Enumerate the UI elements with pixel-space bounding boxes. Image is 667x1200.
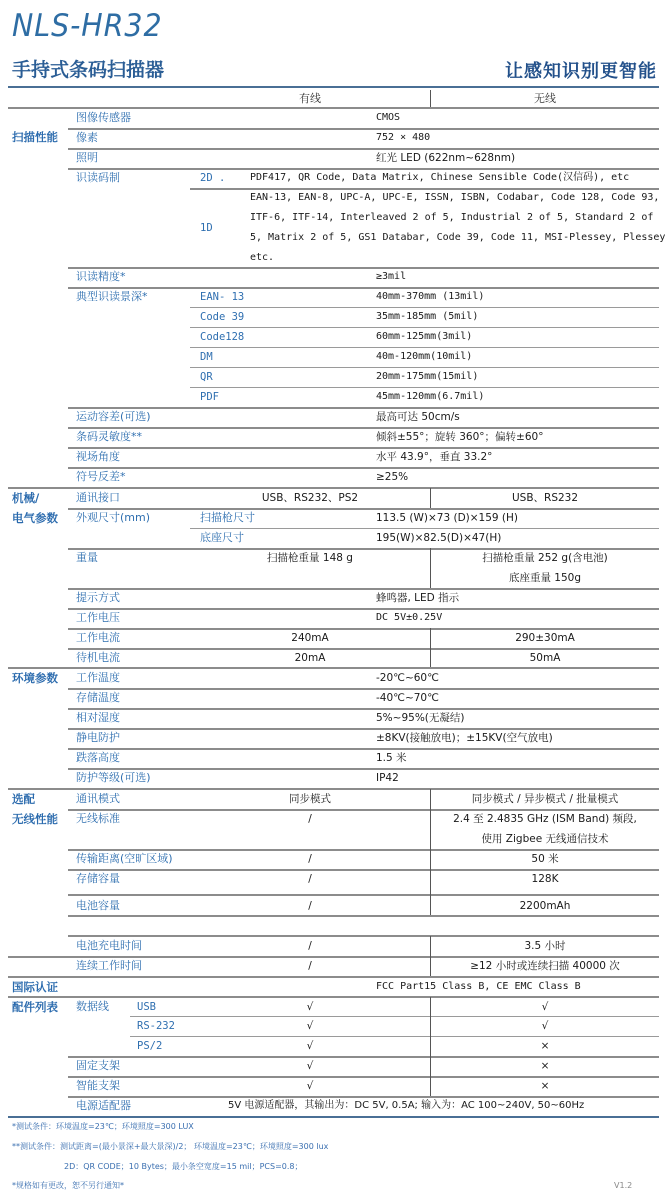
row-rule [68,407,659,409]
value-runtime-wired: / [190,956,430,976]
dof-code: QR [200,367,213,387]
row-rule [68,128,659,130]
category-accessories: 配件列表 [12,997,58,1017]
value-standby-wired: 20mA [190,648,430,668]
footnote-3: 2D：QR CODE；10 Bytes；最小条空宽度=15 mil；PCS=0.… [64,1161,303,1172]
value-contrast: ≥25% [376,467,408,487]
footnote-1: *测试条件：环境温度=23℃；环境照度=300 LUX [12,1121,194,1132]
value-pixels: 752 × 480 [376,128,430,148]
label-cables: 数据线 [76,997,109,1017]
value-sensor: CMOS [376,108,400,128]
label-sensor: 图像传感器 [76,108,131,128]
dof-code: Code 39 [200,307,244,327]
table-bottom-rule [8,1116,659,1118]
label-adapter: 电源适配器 [76,1096,131,1116]
value-1d-line: EAN-13, EAN-8, UPC-A, UPC-E, ISSN, ISBN,… [250,188,659,208]
value-standby-wireless: 50mA [431,648,659,668]
label-env: 工作温度 [76,668,120,688]
value-distance-wireless: 50 米 [431,849,659,869]
value-current-wireless: 290±30mA [431,628,659,648]
row-rule [68,267,659,269]
label-indication: 提示方式 [76,588,120,608]
value-weight-wireless-base: 底座重量 150g [431,568,659,588]
value-standard-wired: / [190,809,430,829]
column-divider [430,789,431,915]
value-base-size: 195(W)×82.5(D)×47(H) [376,528,501,548]
label-contrast: 符号反差* [76,467,126,487]
value-fov: 水平 43.9°，垂直 33.2° [376,447,492,467]
cable-wired: √ [190,1016,430,1036]
value-standard-wireless-line1: 2.4 至 2.4835 GHz (ISM Band) 频段, [431,809,659,829]
value-battery-wired: / [190,896,430,916]
label-fov: 视场角度 [76,447,120,467]
label-gun-size: 扫描枪尺寸 [200,508,255,528]
row-rule [68,447,659,449]
column-divider [430,997,431,1096]
label-dimensions: 外观尺寸(mm) [76,508,150,528]
label-env: 跌落高度 [76,748,120,768]
value-env: ±8KV(接触放电)；±15KV(空气放电) [376,728,553,748]
value-env: -20℃~60℃ [376,668,439,688]
label-precision: 识读精度* [76,267,126,287]
cable-wired: √ [190,997,430,1017]
label-distance: 传输距离(空旷区域) [76,849,173,869]
label-illumination: 照明 [76,148,98,168]
value-current-wired: 240mA [190,628,430,648]
value-mode-wireless: 同步模式 / 异步模式 / 批量模式 [431,789,659,809]
version-label: V1.2 [614,1181,632,1190]
cable-wireless: √ [431,1016,659,1036]
value-adapter: 5V 电源适配器，其输出为：DC 5V, 0.5A; 输入为：AC 100~24… [228,1096,584,1116]
value-precision: ≥3mil [376,267,406,287]
category-wireless-line2: 无线性能 [12,809,58,829]
row-rule [68,508,659,510]
label-env: 存储温度 [76,688,120,708]
dof-code: PDF [200,387,219,407]
row-rule [68,148,659,150]
value-weight-wired: 扫描枪重量 148 g [190,548,430,568]
category-env: 环境参数 [12,668,58,688]
dof-value: 40mm-370mm (13mil) [376,287,484,307]
cable-wireless: × [431,1036,659,1056]
cable-wired: √ [190,1036,430,1056]
row-rule [68,467,659,469]
label-battery: 电池容量 [76,896,120,916]
label-current: 工作电流 [76,628,120,648]
value-standard-wireless-line2: 使用 Zigbee 无线通信技术 [431,829,659,849]
value-1d-line: ITF-6, ITF-14, Interleaved 2 of 5, Indus… [250,208,653,228]
dof-code: DM [200,347,213,367]
column-header-wireless: 无线 [431,88,659,108]
value-mode-wired: 同步模式 [190,789,430,809]
category-mech-line1: 机械/ [12,488,39,508]
dof-code: Code128 [200,327,244,347]
value-storage-wireless: 128K [431,869,659,889]
row-rule [68,915,659,917]
footnote-4: *规格如有更改，恕不另行通知* [12,1180,124,1191]
value-env: 1.5 米 [376,748,407,768]
row-rule [68,287,659,289]
slogan: 让感知识别更智能 [505,57,657,83]
value-weight-wireless-gun: 扫描枪重量 252 g(含电池) [431,548,659,568]
row-rule [68,728,659,730]
label-symbologies: 识读码制 [76,168,120,188]
value-1d-line: etc. [250,248,274,268]
category-mech-line2: 电气参数 [12,508,58,528]
label-env: 静电防护 [76,728,120,748]
fixed-stand-wired: √ [190,1056,430,1076]
value-illumination: 红光 LED (622nm~628nm) [376,148,515,168]
value-env: IP42 [376,768,399,788]
column-divider [430,936,431,976]
label-pixels: 像素 [76,128,98,148]
label-env: 防护等级(可选) [76,768,151,788]
category-wireless-line1: 选配 [12,789,35,809]
label-interface: 通讯接口 [76,488,120,508]
row-rule [68,768,659,770]
smart-stand-wired: √ [190,1076,430,1096]
value-interface-wired: USB、RS232、PS2 [190,488,430,508]
value-charge-wired: / [190,936,430,956]
row-rule [68,708,659,710]
dof-code: EAN- 13 [200,287,244,307]
cable-type: PS/2 [137,1036,162,1056]
column-divider [430,548,431,588]
value-1d-line: 5, Matrix 2 of 5, GS1 Databar, Code 39, … [250,228,667,248]
value-gun-size: 113.5 (W)×73 (D)×159 (H) [376,508,518,528]
column-divider [430,488,431,508]
label-2d: 2D . [200,168,225,188]
fixed-stand-wireless: × [431,1056,659,1076]
label-base-size: 底座尺寸 [200,528,244,548]
column-divider [430,628,431,668]
row-rule [68,608,659,610]
row-rule [68,588,659,590]
value-2d: PDF417, QR Code, Data Matrix, Chinese Se… [250,168,629,188]
model-title: NLS-HR32 [12,8,163,44]
row-rule [68,688,659,690]
label-motion: 运动容差(可选) [76,407,151,427]
label-weight: 重量 [76,548,98,568]
cable-wireless: √ [431,997,659,1017]
value-voltage: DC 5V±0.25V [376,608,442,628]
dof-value: 40m-120mm(10mil) [376,347,472,367]
label-runtime: 连续工作时间 [76,956,142,976]
value-cert: FCC Part15 Class B, CE EMC Class B [376,977,581,997]
value-sensitivity: 倾斜±55°；旋转 360°；偏转±60° [376,427,543,447]
value-distance-wired: / [190,849,430,869]
label-dof: 典型识读景深* [76,287,148,307]
value-storage-wired: / [190,869,430,889]
row-rule [68,427,659,429]
column-divider [430,90,431,107]
label-fixed-stand: 固定支架 [76,1056,120,1076]
dof-value: 35mm-185mm (5mil) [376,307,478,327]
label-1d: 1D [200,218,213,238]
label-mode: 通讯模式 [76,789,120,809]
value-battery-wireless: 2200mAh [431,896,659,916]
value-motion: 最高可达 50cm/s [376,407,460,427]
footnote-2: **测试条件：测试距离=(最小景深+最大景深)/2； 环境温度=23℃；环境照度… [12,1141,328,1152]
dof-value: 60mm-125mm(3mil) [376,327,472,347]
category-cert: 国际认证 [12,977,58,997]
value-runtime-wireless: ≥12 小时或连续扫描 40000 次 [431,956,659,976]
cable-type: RS-232 [137,1016,175,1036]
value-env: 5%~95%(无凝结) [376,708,465,728]
column-header-wired: 有线 [190,88,430,108]
dof-value: 20mm-175mm(15mil) [376,367,478,387]
label-standard: 无线标准 [76,809,120,829]
label-storage: 存储容量 [76,869,120,889]
category-scan: 扫描性能 [12,127,58,147]
row-rule [68,748,659,750]
label-sensitivity: 条码灵敏度** [76,427,142,447]
value-indication: 蜂鸣器, LED 指示 [376,588,459,608]
label-charge: 电池充电时间 [76,936,142,956]
cable-type: USB [137,997,156,1017]
label-env: 相对湿度 [76,708,120,728]
label-standby: 待机电流 [76,648,120,668]
product-subtitle: 手持式条码扫描器 [12,55,164,82]
dof-value: 45mm-120mm(6.7mil) [376,387,484,407]
value-env: -40℃~70℃ [376,688,439,708]
label-voltage: 工作电压 [76,608,120,628]
smart-stand-wireless: × [431,1076,659,1096]
value-charge-wireless: 3.5 小时 [431,936,659,956]
label-smart-stand: 智能支架 [76,1076,120,1096]
value-interface-wireless: USB、RS232 [431,488,659,508]
